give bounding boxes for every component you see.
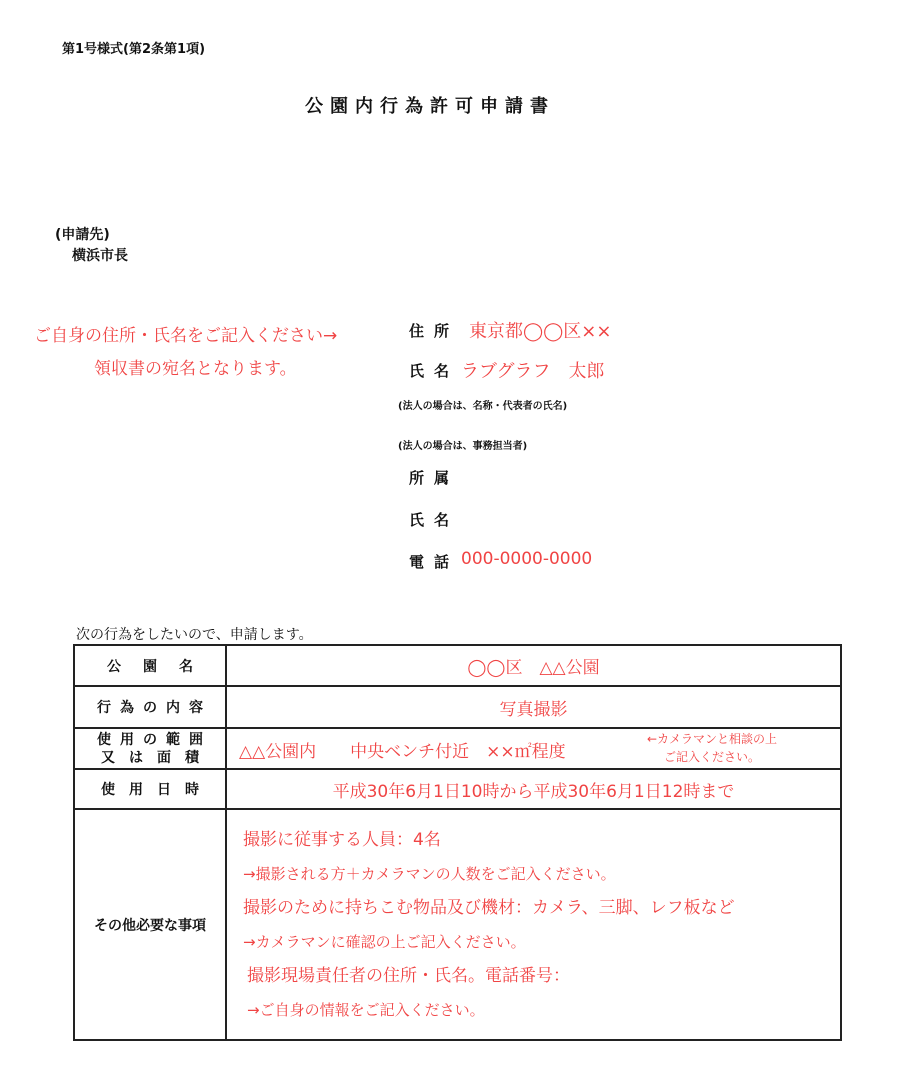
permit-details-table: 公園名 ◯◯区 △△公園 行為の内容 写真撮影 使用の範囲 又は面積 △△公園内… (73, 644, 842, 1041)
usage-range-hint-line1: ←カメラマンと相談の上 (647, 730, 777, 748)
usage-range-label-line1: 使用の範囲 (75, 731, 225, 749)
park-name-label: 公園名 (85, 659, 215, 675)
contact-name-label: 氏名 (409, 509, 459, 530)
usage-date-value[interactable]: 平成30年6月1日10時から平成30年6月1日12時まで (226, 769, 841, 809)
other-matters-cell[interactable]: 撮影に従事する人員：4名 →撮影される方＋カメラマンの人数をご記入ください。 撮… (226, 809, 841, 1040)
park-name-value[interactable]: ◯◯区 △△公園 (226, 645, 841, 686)
staff-count-hint: →撮影される方＋カメラマンの人数をご記入ください。 (243, 857, 840, 891)
usage-range-value[interactable]: △△公園内 中央ベンチ付近 ××㎡程度 (239, 737, 566, 762)
usage-range-label-line2: 又は面積 (75, 749, 225, 767)
name-label: 氏名 (409, 360, 459, 381)
site-manager-line: 撮影現場責任者の住所・氏名。電話番号： (243, 959, 840, 993)
table-row-park-name: 公園名 ◯◯区 △△公園 (74, 645, 841, 686)
document-title: 公園内行為許可申請書 (305, 92, 555, 118)
activity-value[interactable]: 写真撮影 (226, 686, 841, 728)
addressee-name: 横浜市長 (72, 245, 128, 265)
phone-label: 電話 (409, 551, 459, 572)
usage-date-label-cell: 使用日時 (74, 769, 226, 809)
application-intro-text: 次の行為をしたいので、申請します。 (76, 624, 313, 644)
address-value[interactable]: 東京都◯◯区×× (469, 317, 611, 343)
usage-date-label: 使用日時 (87, 782, 213, 798)
table-row-usage-range: 使用の範囲 又は面積 △△公園内 中央ベンチ付近 ××㎡程度 ←カメラマンと相談… (74, 728, 841, 769)
usage-range-hint-line2: ご記入ください。 (647, 748, 777, 766)
affiliation-label: 所属 (409, 467, 459, 488)
name-value[interactable]: ラブグラフ 太郎 (461, 357, 604, 383)
addressee-label: (申請先) (55, 224, 110, 244)
activity-label: 行為の内容 (88, 700, 212, 716)
other-matters-label: その他必要な事項 (94, 918, 206, 934)
staff-count-line: 撮影に従事する人員：4名 (243, 823, 840, 857)
applicant-guidance-note-line2: 領収書の宛名となります。 (94, 354, 297, 379)
table-row-activity: 行為の内容 写真撮影 (74, 686, 841, 728)
equipment-hint: →カメラマンに確認の上ご記入ください。 (243, 925, 840, 959)
other-matters-label-cell: その他必要な事項 (74, 809, 226, 1040)
other-matters-content: 撮影に従事する人員：4名 →撮影される方＋カメラマンの人数をご記入ください。 撮… (227, 823, 840, 1027)
park-name-label-cell: 公園名 (74, 645, 226, 686)
form-number: 第1号様式(第2条第1項) (62, 38, 205, 57)
corporate-name-note: (法人の場合は、名称・代表者の氏名) (398, 397, 567, 412)
table-row-usage-date: 使用日時 平成30年6月1日10時から平成30年6月1日12時まで (74, 769, 841, 809)
activity-label-cell: 行為の内容 (74, 686, 226, 728)
table-row-other-matters: その他必要な事項 撮影に従事する人員：4名 →撮影される方＋カメラマンの人数をご… (74, 809, 841, 1040)
equipment-line: 撮影のために持ちこむ物品及び機材：カメラ、三脚、レフ板など (243, 891, 840, 925)
site-manager-hint: →ご自身の情報をご記入ください。 (243, 993, 840, 1027)
applicant-guidance-note-line1: ご自身の住所・氏名をご記入ください→ (34, 321, 337, 346)
usage-range-hint: ←カメラマンと相談の上 ご記入ください。 (647, 730, 777, 766)
phone-value[interactable]: 000-0000-0000 (461, 549, 592, 569)
address-label: 住所 (409, 320, 459, 341)
usage-range-cell: △△公園内 中央ベンチ付近 ××㎡程度 ←カメラマンと相談の上 ご記入ください。 (226, 728, 841, 769)
contact-person-note: (法人の場合は、事務担当者) (398, 437, 527, 452)
usage-range-label-cell: 使用の範囲 又は面積 (74, 728, 226, 769)
